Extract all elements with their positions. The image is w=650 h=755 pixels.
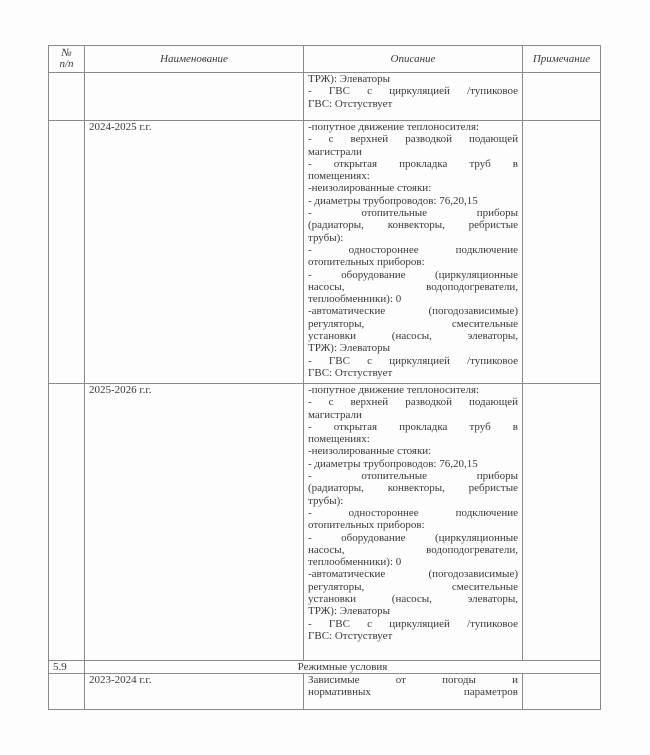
description-line: теплообменники): 0 [308, 556, 518, 568]
description-line: - с верхней разводкой подающей [308, 396, 518, 408]
description-line: помещениях: [308, 433, 518, 445]
cell-name: 2023-2024 г.г. [85, 674, 304, 710]
description-line: - оборудование (циркуляционные [308, 532, 518, 544]
description-line: - оборудование (циркуляционные [308, 269, 518, 281]
data-table: № п/п Наименование Описание Примечание Т… [48, 45, 601, 710]
description-line: - ГВС с циркуляцией /тупиковое [308, 355, 518, 367]
table-row: 2025-2026 г.г. -попутное движение теплон… [49, 384, 601, 661]
description-line: - диаметры трубопроводов: 76,20,15 [308, 195, 518, 207]
description-line: ГВС: Отстуствует [308, 630, 518, 642]
description-line: магистрали [308, 146, 518, 158]
description-line: - диаметры трубопроводов: 76,20,15 [308, 458, 518, 470]
description-line: - с верхней разводкой подающей [308, 133, 518, 145]
description-line: (радиаторы, конвекторы, ребристые [308, 482, 518, 494]
table-row: 2023-2024 г.г. Зависимые от погоды инорм… [49, 674, 601, 710]
cell-name: 2025-2026 г.г. [85, 384, 304, 661]
description-line: ГВС: Отстуствует [308, 98, 518, 110]
description-line: -попутное движение теплоносителя: [308, 384, 518, 396]
cell-note [523, 674, 601, 710]
header-note: Примечание [523, 46, 601, 73]
header-name: Наименование [85, 46, 304, 73]
description-line: насосы, водоподогреватели, [308, 544, 518, 556]
cell-description: -попутное движение теплоносителя:- с вер… [304, 384, 523, 661]
description-line: помещениях: [308, 170, 518, 182]
description-line: -автоматические (погодозависимые) [308, 305, 518, 317]
description-line: ТРЖ): Элеваторы [308, 605, 518, 617]
description-line: магистрали [308, 409, 518, 421]
cell-note [523, 73, 601, 121]
section-title: Режимные условия [85, 661, 601, 674]
cell-description: ТРЖ): Элеваторы- ГВС с циркуляцией /тупи… [304, 73, 523, 121]
description-line: нормативных параметров [308, 686, 518, 698]
description-line: - ГВС с циркуляцией /тупиковое [308, 618, 518, 630]
table-header-row: № п/п Наименование Описание Примечание [49, 46, 601, 73]
description-line: - одностороннее подключение [308, 244, 518, 256]
description-line: -автоматические (погодозависимые) [308, 568, 518, 580]
cell-num [49, 674, 85, 710]
description-line: трубы): [308, 232, 518, 244]
cell-note [523, 121, 601, 384]
cell-description: -попутное движение теплоносителя:- с вер… [304, 121, 523, 384]
description-line: отопительных приборов: [308, 519, 518, 531]
description-line: (радиаторы, конвекторы, ребристые [308, 219, 518, 231]
cell-num [49, 384, 85, 661]
description-line: установки (насосы, элеваторы, [308, 330, 518, 342]
description-line: -неизолированные стояки: [308, 445, 518, 457]
description-line: - одностороннее подключение [308, 507, 518, 519]
description-line: - отопительные приборы [308, 207, 518, 219]
table-row: 2024-2025 г.г. -попутное движение теплон… [49, 121, 601, 384]
description-line: -попутное движение теплоносителя: [308, 121, 518, 133]
description-line: ГВС: Отстуствует [308, 367, 518, 379]
cell-note [523, 384, 601, 661]
table-row: ТРЖ): Элеваторы- ГВС с циркуляцией /тупи… [49, 73, 601, 121]
description-line: регуляторы, смесительные [308, 318, 518, 330]
description-line: установки (насосы, элеваторы, [308, 593, 518, 605]
description-line: ТРЖ): Элеваторы [308, 342, 518, 354]
cell-description: Зависимые от погоды инормативных парамет… [304, 674, 523, 710]
description-line: - открытая прокладка труб в [308, 421, 518, 433]
cell-num [49, 121, 85, 384]
section-num: 5.9 [49, 661, 85, 674]
description-line: отопительных приборов: [308, 256, 518, 268]
description-line: - открытая прокладка труб в [308, 158, 518, 170]
description-line: Зависимые от погоды и [308, 674, 518, 686]
cell-name: 2024-2025 г.г. [85, 121, 304, 384]
description-line: трубы): [308, 495, 518, 507]
header-num-line2: п/п [53, 59, 80, 70]
description-line: - ГВС с циркуляцией /тупиковое [308, 85, 518, 97]
description-line: теплообменники): 0 [308, 293, 518, 305]
description-line: -неизолированные стояки: [308, 182, 518, 194]
description-line: ТРЖ): Элеваторы [308, 73, 518, 85]
header-num: № п/п [49, 46, 85, 73]
header-description: Описание [304, 46, 523, 73]
cell-name [85, 73, 304, 121]
description-line: насосы, водоподогреватели, [308, 281, 518, 293]
cell-num [49, 73, 85, 121]
description-line: - отопительные приборы [308, 470, 518, 482]
description-line: регуляторы, смесительные [308, 581, 518, 593]
section-row: 5.9 Режимные условия [49, 661, 601, 674]
